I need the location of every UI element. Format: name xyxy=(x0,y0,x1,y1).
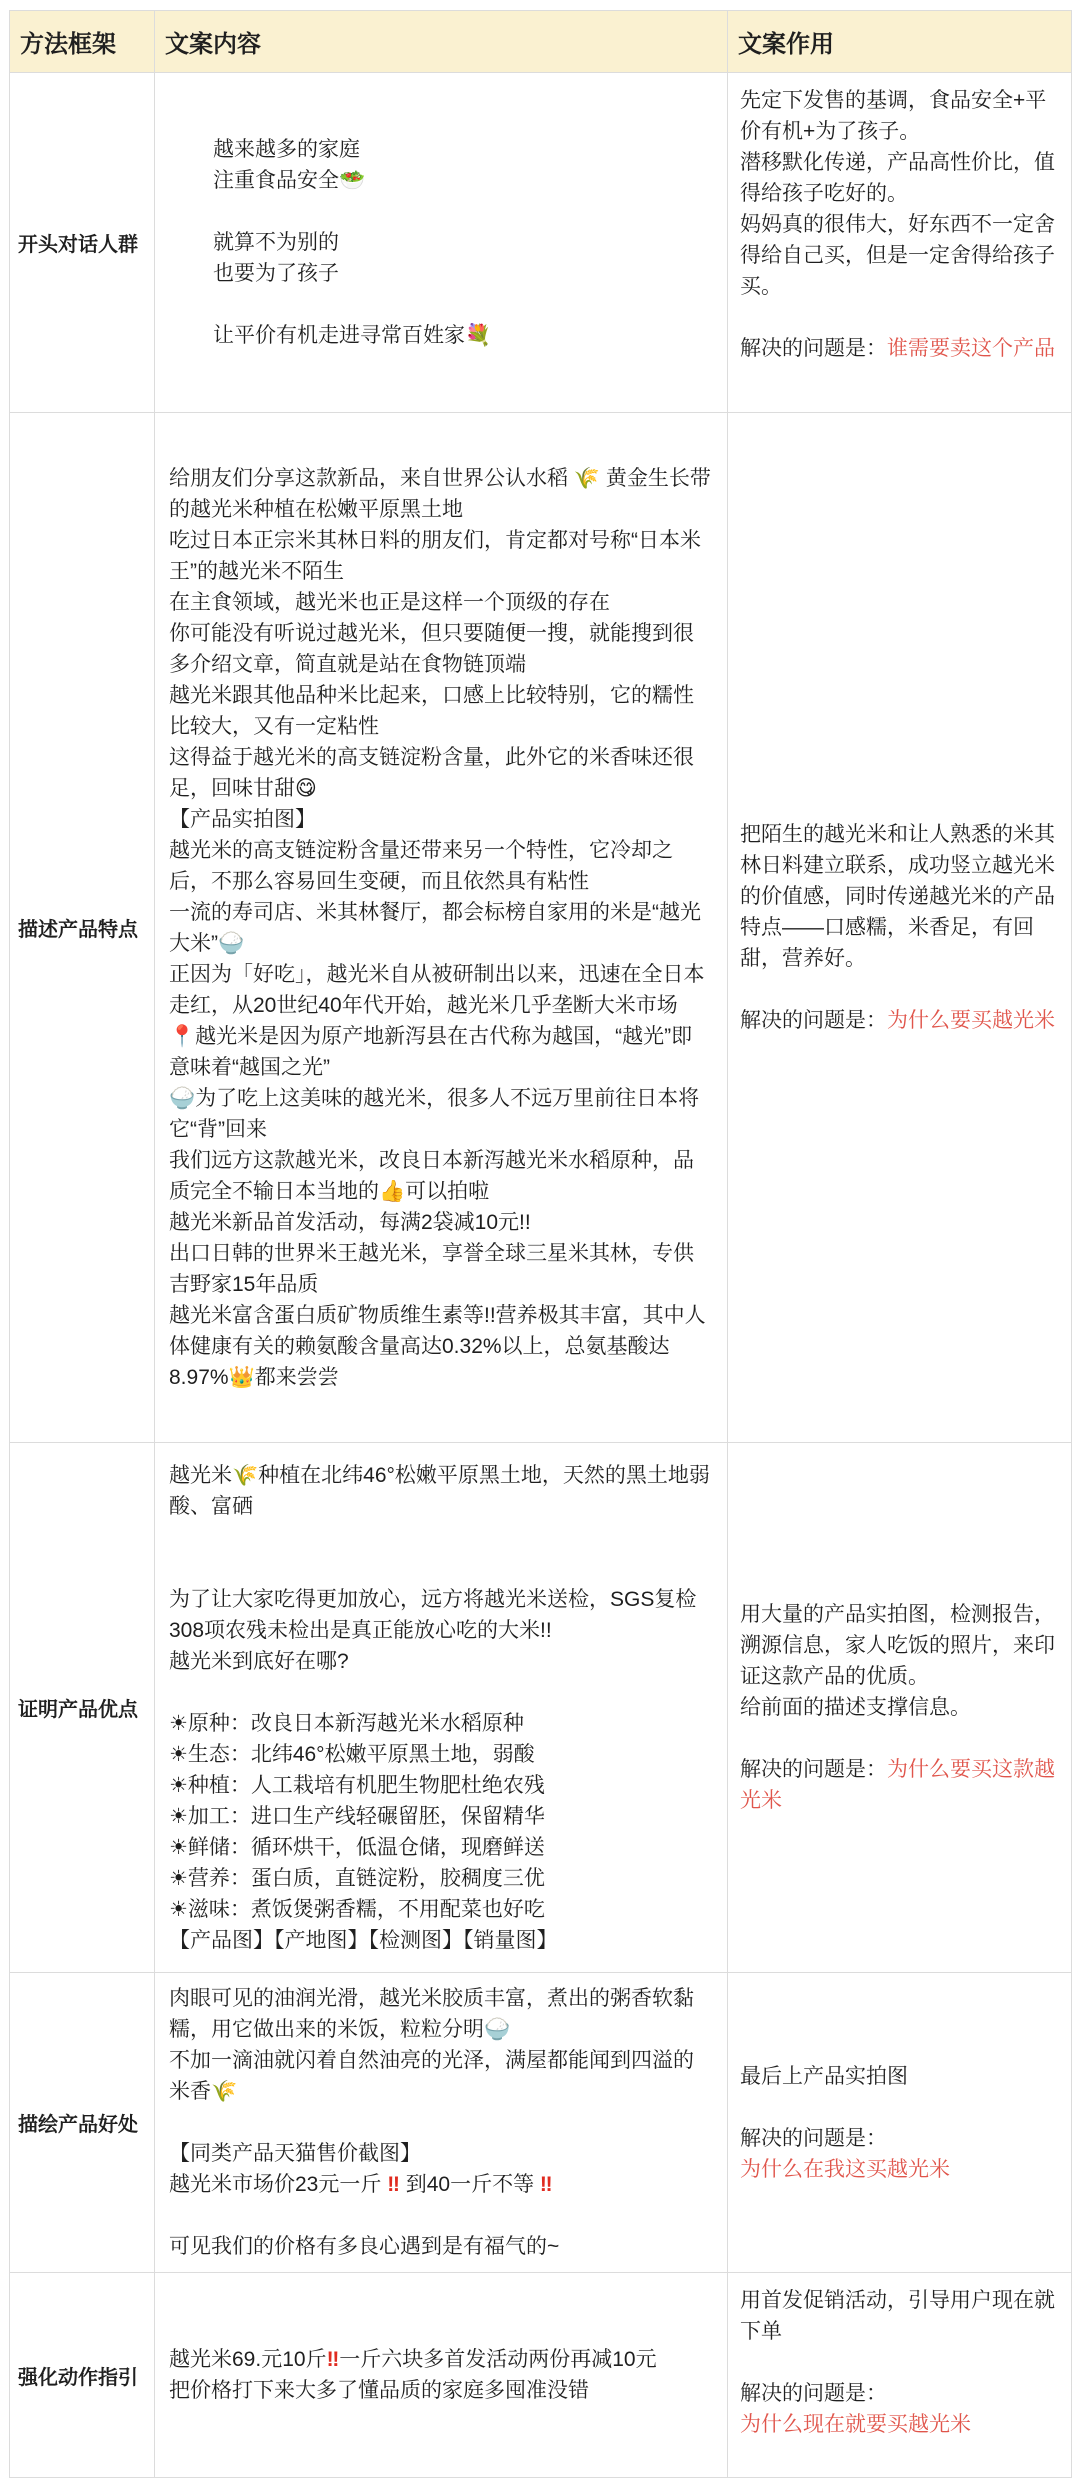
col-header-purpose: 文案作用 xyxy=(728,11,1072,73)
text-segment: 为了让大家吃得更加放心，远方将越光米送检，SGS复检308项农残未检出是真正能放… xyxy=(169,1588,696,1642)
text-line xyxy=(213,196,713,227)
text-line: 妈妈真的很伟大，好东西不一定舍得给自己买，但是一定舍得给孩子买。 xyxy=(740,209,1059,302)
text-line: 给前面的描述支撑信息。 xyxy=(740,1692,1059,1723)
highlighted-text: ‼ xyxy=(387,2173,400,2196)
text-segment: 先定下发售的基调，食品安全+平价有机+为了孩子。 xyxy=(740,89,1046,143)
text-segment: 解决的问题是： xyxy=(740,1009,887,1032)
text-line: 也要为了孩子 xyxy=(213,258,713,289)
text-segment: 你可能没有听说过越光米，但只要随便一搜，就能搜到很多介绍文章，简直就是站在食物链… xyxy=(169,622,694,676)
text-segment: 解决的问题是： xyxy=(740,1758,887,1781)
text-line: 把价格打下来大多了懂品质的家庭多囤准没错 xyxy=(169,2375,713,2406)
text-segment: 用大量的产品实拍图，检测报告，溯源信息，家人吃饭的照片，来印证这款产品的优质。 xyxy=(740,1603,1055,1688)
content-cell: 肉眼可见的油润光滑，越光米胶质丰富，煮出的粥香软黏糯，用它做出来的米饭，粒粒分明… xyxy=(155,1973,728,2273)
text-line: 这得益于越光米的高支链淀粉含量，此外它的米香味还很足，回味甘甜😋 xyxy=(169,742,713,804)
text-line: 最后上产品实拍图 xyxy=(740,2061,1059,2092)
text-line: 让平价有机走进寻常百姓家💐 xyxy=(213,320,713,351)
text-line xyxy=(740,302,1059,333)
text-segment: 把陌生的越光米和让人熟悉的米其林日料建立联系，成功竖立越光米的价值感，同时传递越… xyxy=(740,823,1055,970)
highlighted-text: 谁需要卖这个产品 xyxy=(887,337,1055,360)
text-line: 越光米的高支链淀粉含量还带来另一个特性，它冷却之后，不那么容易回生变硬，而且依然… xyxy=(169,835,713,897)
text-segment: 【产品实拍图】 xyxy=(169,808,316,831)
header-row: 方法框架 文案内容 文案作用 xyxy=(10,11,1072,73)
text-line xyxy=(169,2200,713,2231)
text-line: 我们远方这款越光米，改良日本新泻越光米水稻原种，品质完全不输日本当地的👍可以拍啦 xyxy=(169,1145,713,1207)
table-row: 描述产品特点给朋友们分享这款新品，来自世界公认水稻 🌾 黄金生长带的越光米种植在… xyxy=(10,413,1072,1443)
table-row: 强化动作指引越光米69.元10斤‼一斤六块多首发活动两份再减10元把价格打下来大… xyxy=(10,2273,1072,2478)
text-segment: 正因为「好吃」，越光米自从被研制出以来，迅速在全日本走红，从20世纪40年代开始… xyxy=(169,963,705,1017)
text-segment: 越光米69.元10斤 xyxy=(169,2348,327,2371)
text-line: 你可能没有听说过越光米，但只要随便一搜，就能搜到很多介绍文章，简直就是站在食物链… xyxy=(169,618,713,680)
text-segment: 给前面的描述支撑信息。 xyxy=(740,1696,971,1719)
content-cell: 给朋友们分享这款新品，来自世界公认水稻 🌾 黄金生长带的越光米种植在松嫩平原黑土… xyxy=(155,413,728,1443)
text-line: ☀加工：进口生产线轻碾留胚，保留精华 xyxy=(169,1801,713,1832)
text-line xyxy=(169,1522,713,1553)
text-line xyxy=(213,289,713,320)
highlighted-text: 为什么要买越光米 xyxy=(887,1009,1055,1032)
highlighted-text: ‼ xyxy=(327,2348,340,2371)
text-line: ☀原种：改良日本新泻越光米水稻原种 xyxy=(169,1708,713,1739)
content-cell: 越光米69.元10斤‼一斤六块多首发活动两份再减10元把价格打下来大多了懂品质的… xyxy=(155,2273,728,2478)
text-segment: 最后上产品实拍图 xyxy=(740,2065,908,2088)
purpose-cell: 把陌生的越光米和让人熟悉的米其林日料建立联系，成功竖立越光米的价值感，同时传递越… xyxy=(728,413,1072,1443)
text-segment: 让平价有机走进寻常百姓家💐 xyxy=(213,324,491,347)
text-line: 吃过日本正宗米其林日料的朋友们，肯定都对号称“日本米王”的越光米不陌生 xyxy=(169,525,713,587)
text-segment: 越来越多的家庭 xyxy=(213,138,360,161)
text-line: 【同类产品天猫售价截图】 xyxy=(169,2138,713,2169)
text-line: 【产品图】【产地图】【检测图】【销量图】 xyxy=(169,1925,713,1956)
text-line: 一流的寿司店、米其林餐厅，都会标榜自家用的米是“越光大米”🍚 xyxy=(169,897,713,959)
highlighted-text: ‼ xyxy=(540,2173,553,2196)
text-segment: 越光米到底好在哪? xyxy=(169,1650,349,1673)
text-line: 为了让大家吃得更加放心，远方将越光米送检，SGS复检308项农残未检出是真正能放… xyxy=(169,1584,713,1646)
text-segment: ☀鲜储：循环烘干，低温仓储，现磨鲜送 xyxy=(169,1836,545,1859)
text-segment: ☀种植：人工栽培有机肥生物肥杜绝农残 xyxy=(169,1774,545,1797)
text-line: 解决的问题是： xyxy=(740,2378,1059,2409)
text-line: 注重食品安全🥗 xyxy=(213,165,713,196)
col-header-framework: 方法框架 xyxy=(10,11,155,73)
text-segment: 在主食领域，越光米也正是这样一个顶级的存在 xyxy=(169,591,610,614)
text-line: 解决的问题是：谁需要卖这个产品 xyxy=(740,333,1059,364)
framework-table-body: 开头对话人群越来越多的家庭注重食品安全🥗 就算不为别的也要为了孩子 让平价有机走… xyxy=(10,73,1072,2478)
text-line xyxy=(740,974,1059,1005)
table-row: 开头对话人群越来越多的家庭注重食品安全🥗 就算不为别的也要为了孩子 让平价有机走… xyxy=(10,73,1072,413)
text-segment: 妈妈真的很伟大，好东西不一定舍得给自己买，但是一定舍得给孩子买。 xyxy=(740,213,1055,298)
text-line: 越光米69.元10斤‼一斤六块多首发活动两份再减10元 xyxy=(169,2344,713,2375)
text-line: 解决的问题是：为什么要买越光米 xyxy=(740,1005,1059,1036)
text-segment: 📍越光米是因为原产地新泻县在古代称为越国，“越光”即意味着“越国之光” xyxy=(169,1025,692,1079)
text-line: 先定下发售的基调，食品安全+平价有机+为了孩子。 xyxy=(740,85,1059,147)
text-segment: 越光米富含蛋白质矿物质维生素等!!营养极其丰富，其中人体健康有关的赖氨酸含量高达… xyxy=(169,1304,706,1389)
text-line: 越光米市场价23元一斤 ‼ 到40一斤不等 ‼ xyxy=(169,2169,713,2200)
text-line: ☀滋味：煮饭煲粥香糯，不用配菜也好吃 xyxy=(169,1894,713,1925)
framework-cell: 证明产品优点 xyxy=(10,1443,155,1973)
table-row: 证明产品优点越光米🌾种植在北纬46°松嫩平原黑土地，天然的黑土地弱酸、富硒 为了… xyxy=(10,1443,1072,1973)
col-header-content: 文案内容 xyxy=(155,11,728,73)
text-line: 潜移默化传递，产品高性价比，值得给孩子吃好的。 xyxy=(740,147,1059,209)
text-segment: 肉眼可见的油润光滑，越光米胶质丰富，煮出的粥香软黏糯，用它做出来的米饭，粒粒分明… xyxy=(169,1987,694,2041)
text-segment: 用首发促销活动，引导用户现在就下单 xyxy=(740,2289,1055,2343)
text-line: 解决的问题是： xyxy=(740,2123,1059,2154)
text-segment: ☀原种：改良日本新泻越光米水稻原种 xyxy=(169,1712,524,1735)
text-line: 就算不为别的 xyxy=(213,227,713,258)
text-line xyxy=(169,1677,713,1708)
text-segment: 越光米的高支链淀粉含量还带来另一个特性，它冷却之后，不那么容易回生变硬，而且依然… xyxy=(169,839,673,893)
text-line: 为什么现在就要买越光米 xyxy=(740,2409,1059,2440)
text-segment: 就算不为别的 xyxy=(213,231,339,254)
text-line: 解决的问题是：为什么要买这款越光米 xyxy=(740,1754,1059,1816)
text-line: 越光米🌾种植在北纬46°松嫩平原黑土地，天然的黑土地弱酸、富硒 xyxy=(169,1460,713,1522)
framework-cell: 描绘产品好处 xyxy=(10,1973,155,2273)
text-line: 为什么在我这买越光米 xyxy=(740,2154,1059,2185)
text-line: 用大量的产品实拍图，检测报告，溯源信息，家人吃饭的照片，来印证这款产品的优质。 xyxy=(740,1599,1059,1692)
text-line: 📍越光米是因为原产地新泻县在古代称为越国，“越光”即意味着“越国之光” xyxy=(169,1021,713,1083)
table-row: 描绘产品好处肉眼可见的油润光滑，越光米胶质丰富，煮出的粥香软黏糯，用它做出来的米… xyxy=(10,1973,1072,2273)
text-segment: 把价格打下来大多了懂品质的家庭多囤准没错 xyxy=(169,2379,589,2402)
text-line: ☀营养：蛋白质，直链淀粉，胶稠度三优 xyxy=(169,1863,713,1894)
text-line: 越光米富含蛋白质矿物质维生素等!!营养极其丰富，其中人体健康有关的赖氨酸含量高达… xyxy=(169,1300,713,1393)
text-line: 可见我们的价格有多良心遇到是有福气的~ xyxy=(169,2231,713,2262)
text-line: ☀种植：人工栽培有机肥生物肥杜绝农残 xyxy=(169,1770,713,1801)
text-line: 越来越多的家庭 xyxy=(213,134,713,165)
text-segment: 【产品图】【产地图】【检测图】【销量图】 xyxy=(169,1929,558,1952)
highlighted-text: 为什么在我这买越光米 xyxy=(740,2158,950,2181)
text-segment: 也要为了孩子 xyxy=(213,262,339,285)
text-line: 把陌生的越光米和让人熟悉的米其林日料建立联系，成功竖立越光米的价值感，同时传递越… xyxy=(740,819,1059,974)
text-line: 【产品实拍图】 xyxy=(169,804,713,835)
copywriting-framework-table: 方法框架 文案内容 文案作用 开头对话人群越来越多的家庭注重食品安全🥗 就算不为… xyxy=(9,10,1072,2478)
purpose-cell: 用首发促销活动，引导用户现在就下单 解决的问题是：为什么现在就要买越光米 xyxy=(728,2273,1072,2478)
text-line: 越光米到底好在哪? xyxy=(169,1646,713,1677)
text-line: 🍚为了吃上这美味的越光米，很多人不远万里前往日本将它“背”回来 xyxy=(169,1083,713,1145)
text-segment: 越光米跟其他品种米比起来，口感上比较特别，它的糯性比较大，又有一定粘性 xyxy=(169,684,694,738)
text-segment: 可见我们的价格有多良心遇到是有福气的~ xyxy=(169,2235,559,2258)
table-header: 方法框架 文案内容 文案作用 xyxy=(10,11,1072,73)
text-segment: ☀营养：蛋白质，直链淀粉，胶稠度三优 xyxy=(169,1867,545,1890)
purpose-cell: 用大量的产品实拍图，检测报告，溯源信息，家人吃饭的照片，来印证这款产品的优质。给… xyxy=(728,1443,1072,1973)
text-segment: 吃过日本正宗米其林日料的朋友们，肯定都对号称“日本米王”的越光米不陌生 xyxy=(169,529,701,583)
text-segment: 越光米市场价23元一斤 xyxy=(169,2173,387,2196)
text-segment: 一斤六块多首发活动两份再减10元 xyxy=(339,2348,656,2371)
framework-cell: 开头对话人群 xyxy=(10,73,155,413)
text-segment: 注重食品安全🥗 xyxy=(213,169,365,192)
framework-cell: 强化动作指引 xyxy=(10,2273,155,2478)
text-line xyxy=(169,1553,713,1584)
text-segment: ☀加工：进口生产线轻碾留胚，保留精华 xyxy=(169,1805,545,1828)
text-line: 肉眼可见的油润光滑，越光米胶质丰富，煮出的粥香软黏糯，用它做出来的米饭，粒粒分明… xyxy=(169,1983,713,2045)
text-line: 越光米新品首发活动，每满2袋减10元!! xyxy=(169,1207,713,1238)
text-segment: 越光米新品首发活动，每满2袋减10元!! xyxy=(169,1211,531,1234)
text-segment: 一流的寿司店、米其林餐厅，都会标榜自家用的米是“越光大米”🍚 xyxy=(169,901,701,955)
text-segment: 解决的问题是： xyxy=(740,2382,887,2405)
text-segment: 给朋友们分享这款新品，来自世界公认水稻 🌾 黄金生长带的越光米种植在松嫩平原黑土… xyxy=(169,467,711,521)
text-line: 给朋友们分享这款新品，来自世界公认水稻 🌾 黄金生长带的越光米种植在松嫩平原黑土… xyxy=(169,463,713,525)
text-line xyxy=(169,2107,713,2138)
text-line xyxy=(740,2092,1059,2123)
text-segment: 【同类产品天猫售价截图】 xyxy=(169,2142,421,2165)
text-segment: 越光米🌾种植在北纬46°松嫩平原黑土地，天然的黑土地弱酸、富硒 xyxy=(169,1464,710,1518)
text-segment: ☀生态：北纬46°松嫩平原黑土地，弱酸 xyxy=(169,1743,535,1766)
text-line: 正因为「好吃」，越光米自从被研制出以来，迅速在全日本走红，从20世纪40年代开始… xyxy=(169,959,713,1021)
text-segment: 潜移默化传递，产品高性价比，值得给孩子吃好的。 xyxy=(740,151,1055,205)
text-segment: 出口日韩的世界米王越光米，享誉全球三星米其林，专供吉野家15年品质 xyxy=(169,1242,694,1296)
text-line: 越光米跟其他品种米比起来，口感上比较特别，它的糯性比较大，又有一定粘性 xyxy=(169,680,713,742)
content-cell: 越光米🌾种植在北纬46°松嫩平原黑土地，天然的黑土地弱酸、富硒 为了让大家吃得更… xyxy=(155,1443,728,1973)
highlighted-text: 为什么现在就要买越光米 xyxy=(740,2413,971,2436)
text-segment: 我们远方这款越光米，改良日本新泻越光米水稻原种，品质完全不输日本当地的👍可以拍啦 xyxy=(169,1149,694,1203)
text-segment: 解决的问题是： xyxy=(740,2127,887,2150)
text-line xyxy=(740,1723,1059,1754)
text-line: ☀生态：北纬46°松嫩平原黑土地，弱酸 xyxy=(169,1739,713,1770)
text-segment: 解决的问题是： xyxy=(740,337,887,360)
text-segment: 不加一滴油就闪着自然油亮的光泽，满屋都能闻到四溢的米香🌾 xyxy=(169,2049,694,2103)
text-line: ☀鲜储：循环烘干，低温仓储，现磨鲜送 xyxy=(169,1832,713,1863)
framework-cell: 描述产品特点 xyxy=(10,413,155,1443)
text-line: 用首发促销活动，引导用户现在就下单 xyxy=(740,2285,1059,2347)
text-line: 在主食领域，越光米也正是这样一个顶级的存在 xyxy=(169,587,713,618)
text-segment: ☀滋味：煮饭煲粥香糯，不用配菜也好吃 xyxy=(169,1898,545,1921)
content-cell: 越来越多的家庭注重食品安全🥗 就算不为别的也要为了孩子 让平价有机走进寻常百姓家… xyxy=(155,73,728,413)
purpose-cell: 最后上产品实拍图 解决的问题是：为什么在我这买越光米 xyxy=(728,1973,1072,2273)
text-line: 不加一滴油就闪着自然油亮的光泽，满屋都能闻到四溢的米香🌾 xyxy=(169,2045,713,2107)
text-line xyxy=(740,2347,1059,2378)
text-segment: 🍚为了吃上这美味的越光米，很多人不远万里前往日本将它“背”回来 xyxy=(169,1087,699,1141)
purpose-cell: 先定下发售的基调，食品安全+平价有机+为了孩子。潜移默化传递，产品高性价比，值得… xyxy=(728,73,1072,413)
text-line: 出口日韩的世界米王越光米，享誉全球三星米其林，专供吉野家15年品质 xyxy=(169,1238,713,1300)
text-segment: 这得益于越光米的高支链淀粉含量，此外它的米香味还很足，回味甘甜😋 xyxy=(169,746,694,800)
text-segment: 到40一斤不等 xyxy=(400,2173,540,2196)
